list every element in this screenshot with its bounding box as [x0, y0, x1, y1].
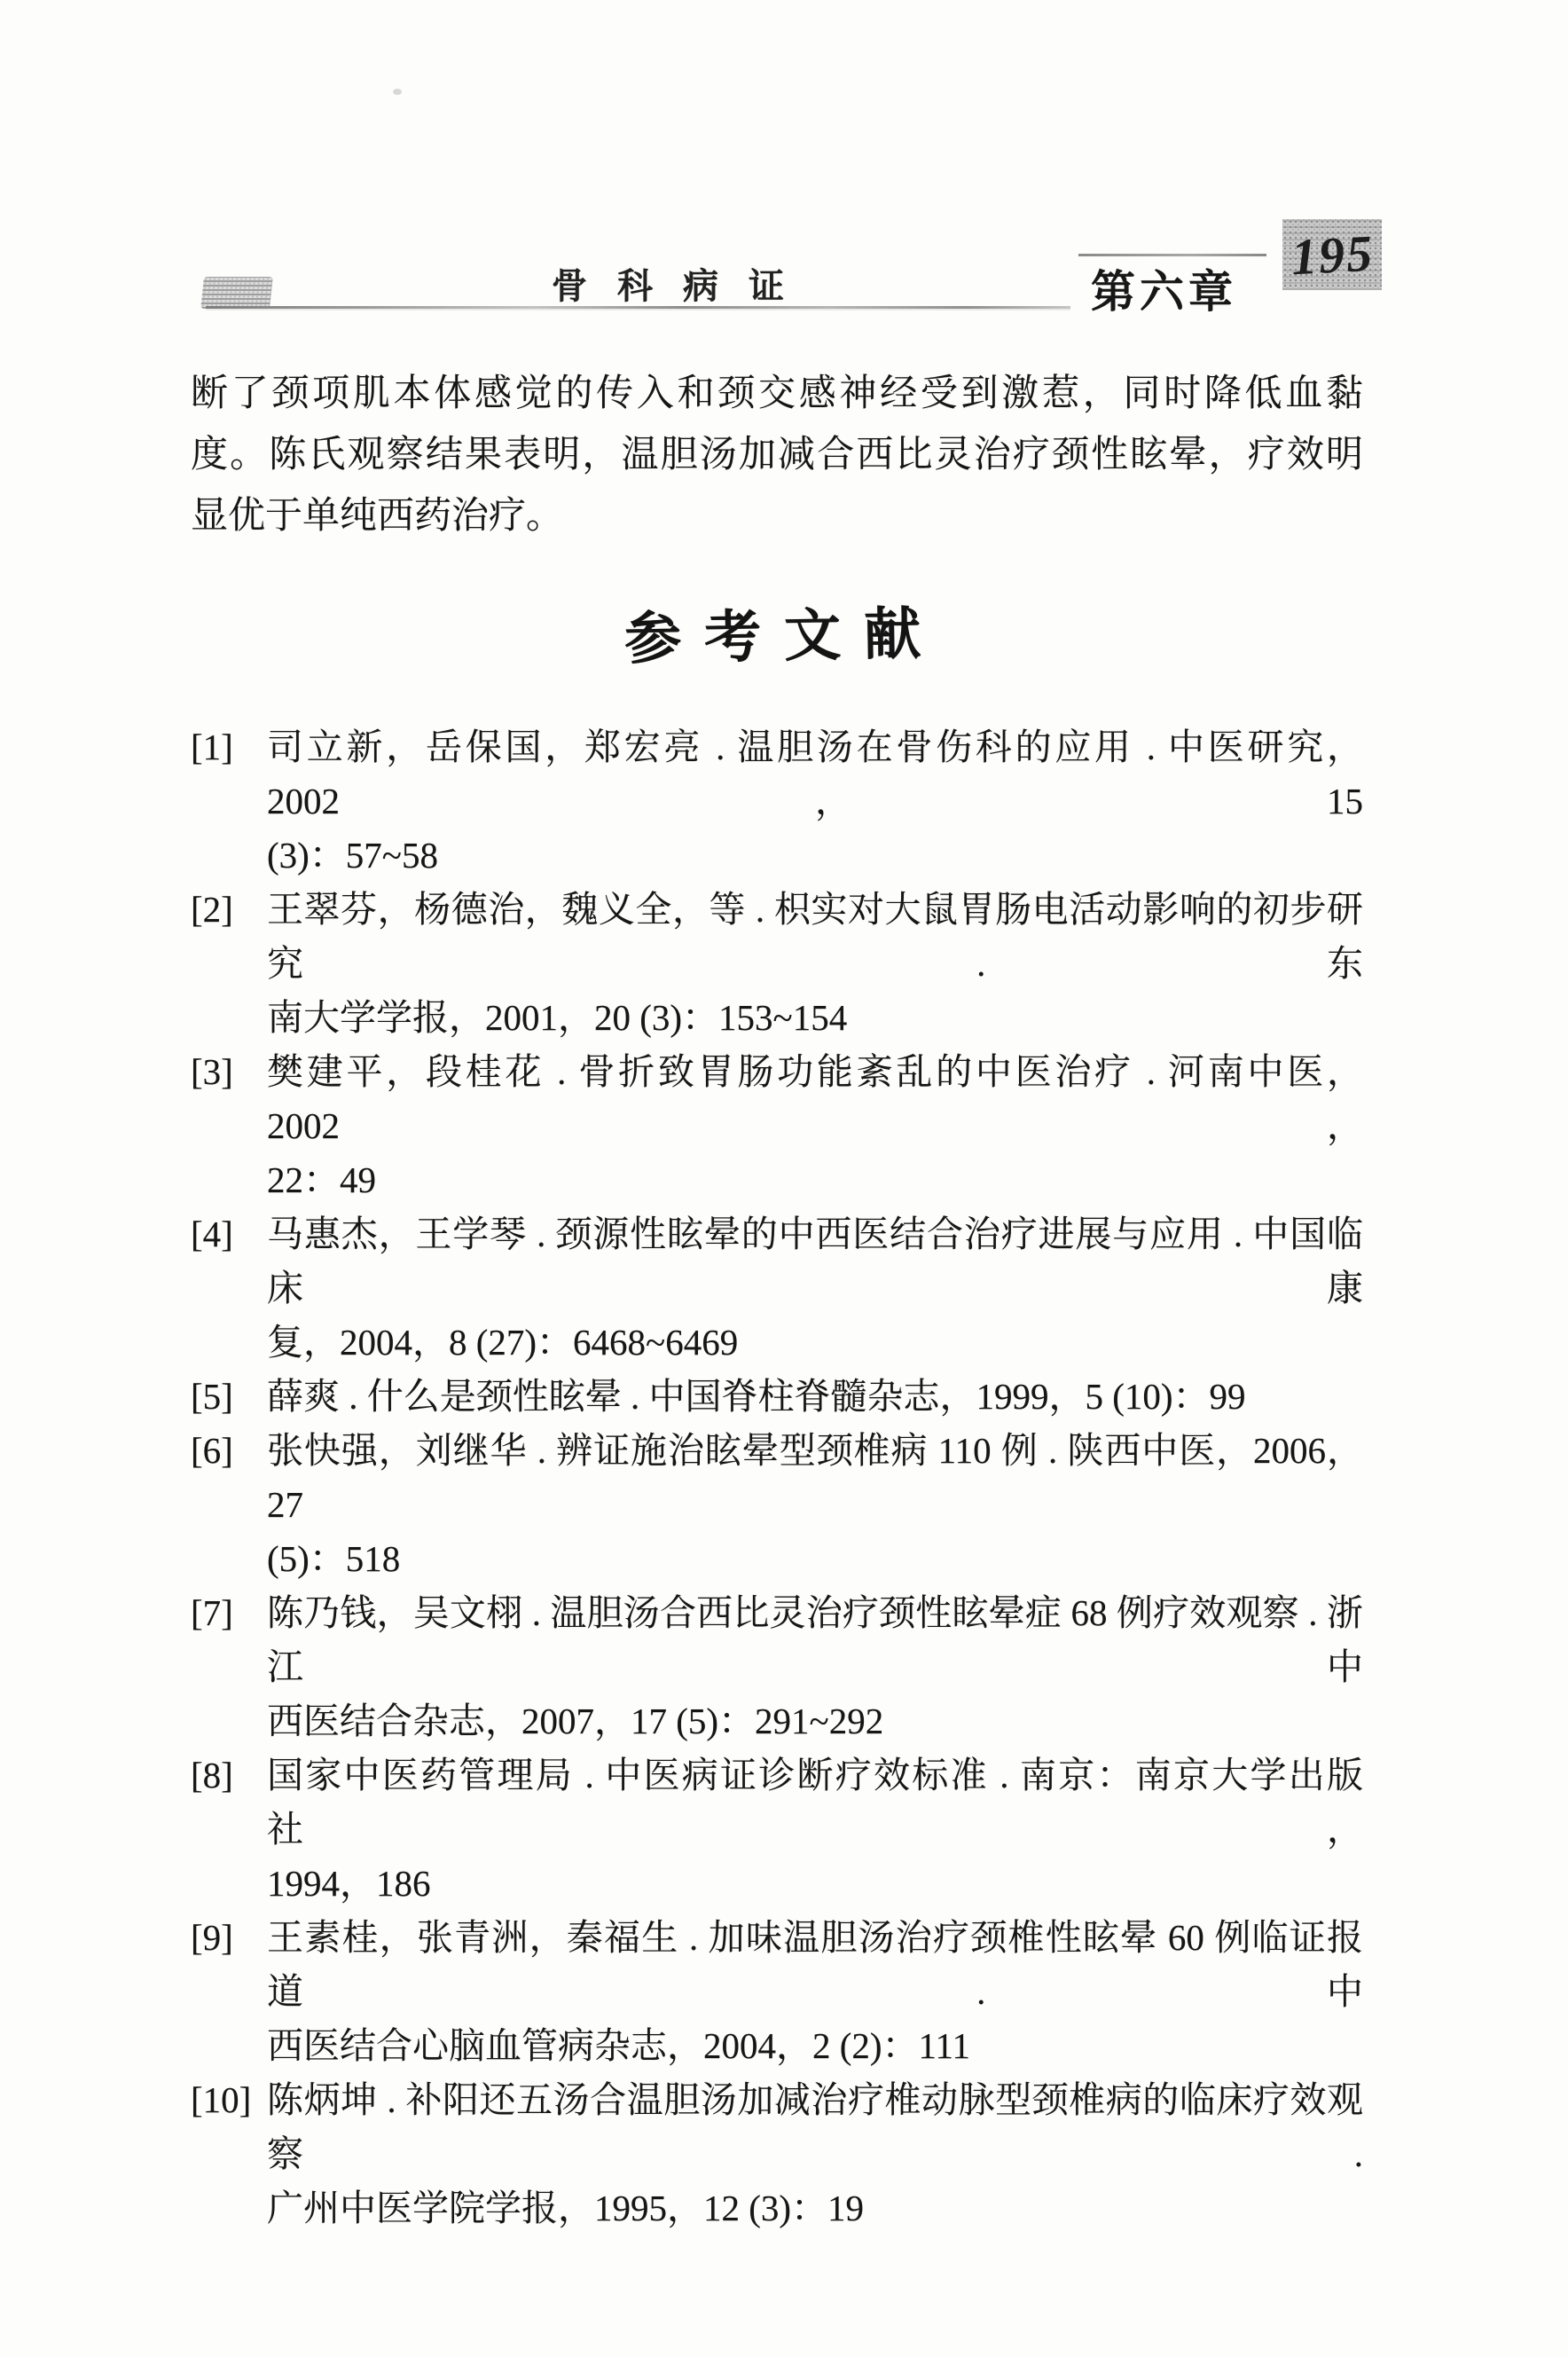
reference-line: (5)：518	[267, 1532, 1363, 1586]
reference-entry: [1] 司立新，岳保国，郑宏亮 . 温胆汤在骨伤科的应用 . 中医研究，2002…	[191, 720, 1363, 883]
paragraph-line: 度。陈氏观察结果表明，温胆汤加减合西比灵治疗颈性眩晕，疗效明	[191, 425, 1363, 486]
reference-line: 陈乃钱，吴文栩 . 温胆汤合西比灵治疗颈性眩晕症 68 例疗效观察 . 浙江中	[267, 1586, 1363, 1694]
reference-line: 薛爽 . 什么是颈性眩晕 . 中国脊柱脊髓杂志，1999，5 (10)：99	[267, 1370, 1363, 1424]
reference-number: [7]	[191, 1586, 233, 1640]
page-number-box: 195	[1282, 219, 1382, 290]
reference-entry: [8] 国家中医药管理局 . 中医病证诊断疗效标准 . 南京：南京大学出版社， …	[191, 1748, 1363, 1911]
scan-smudge-artifact	[200, 277, 273, 309]
reference-number: [2]	[191, 883, 233, 937]
header-rule	[206, 306, 1070, 309]
body-paragraph: 断了颈项肌本体感觉的传入和颈交感神经受到激惹，同时降低血黏 度。陈氏观察结果表明…	[191, 364, 1363, 547]
reference-number: [9]	[191, 1911, 233, 1965]
reference-line: 张快强，刘继华 . 辨证施治眩晕型颈椎病 110 例 . 陕西中医，2006，2…	[267, 1424, 1363, 1532]
reference-line: 王翠芬，杨德治，魏义全，等 . 枳实对大鼠胃肠电活动影响的初步研究 . 东	[267, 883, 1363, 991]
reference-line: 陈炳坤 . 补阳还五汤合温胆汤加减治疗椎动脉型颈椎病的临床疗效观察 .	[267, 2073, 1363, 2181]
reference-entry: [4] 马惠杰，王学琴 . 颈源性眩晕的中西医结合治疗进展与应用 . 中国临床康…	[191, 1207, 1363, 1370]
reference-line: 国家中医药管理局 . 中医病证诊断疗效标准 . 南京：南京大学出版社，	[267, 1748, 1363, 1857]
page-number: 195	[1290, 223, 1375, 287]
reference-line: 西医结合心脑血管病杂志，2004，2 (2)：111	[267, 2019, 1363, 2073]
reference-line: 西医结合杂志，2007，17 (5)：291~292	[267, 1694, 1363, 1748]
running-head-title: 骨科病证	[552, 258, 814, 309]
reference-number: [3]	[191, 1045, 233, 1099]
paragraph-line: 断了颈项肌本体感觉的传入和颈交感神经受到激惹，同时降低血黏	[191, 364, 1363, 425]
reference-line: 王素桂，张青洲，秦福生 . 加味温胆汤治疗颈椎性眩晕 60 例临证报道 . 中	[267, 1911, 1363, 2019]
reference-entry: [7] 陈乃钱，吴文栩 . 温胆汤合西比灵治疗颈性眩晕症 68 例疗效观察 . …	[191, 1586, 1363, 1748]
reference-number: [6]	[191, 1424, 233, 1478]
reference-number: [5]	[191, 1370, 233, 1424]
references-heading: 参考文献	[0, 577, 1568, 687]
reference-line: 马惠杰，王学琴 . 颈源性眩晕的中西医结合治疗进展与应用 . 中国临床康	[267, 1207, 1363, 1316]
reference-line: (3)：57~58	[267, 829, 1363, 883]
reference-line: 1994，186	[267, 1857, 1363, 1911]
reference-number: [10]	[191, 2073, 251, 2127]
reference-line: 广州中医学院学报，1995，12 (3)：19	[267, 2181, 1363, 2235]
reference-line: 22：49	[267, 1153, 1363, 1207]
book-page: 骨科病证 第六章 195 断了颈项肌本体感觉的传入和颈交感神经受到激惹，同时降低…	[0, 0, 1568, 2357]
reference-entry: [10] 陈炳坤 . 补阳还五汤合温胆汤加减治疗椎动脉型颈椎病的临床疗效观察 .…	[191, 2073, 1363, 2235]
reference-line: 司立新，岳保国，郑宏亮 . 温胆汤在骨伤科的应用 . 中医研究，2002，15	[267, 720, 1363, 829]
reference-entry: [2] 王翠芬，杨德治，魏义全，等 . 枳实对大鼠胃肠电活动影响的初步研究 . …	[191, 883, 1363, 1045]
reference-entry: [3] 樊建平，段桂花 . 骨折致胃肠功能紊乱的中医治疗 . 河南中医，2002…	[191, 1045, 1363, 1207]
reference-line: 樊建平，段桂花 . 骨折致胃肠功能紊乱的中医治疗 . 河南中医，2002，	[267, 1045, 1363, 1153]
references-list: [1] 司立新，岳保国，郑宏亮 . 温胆汤在骨伤科的应用 . 中医研究，2002…	[191, 720, 1363, 2235]
reference-number: [1]	[191, 720, 233, 774]
scan-speck	[393, 89, 402, 95]
chapter-label: 第六章	[1091, 256, 1237, 320]
reference-number: [4]	[191, 1207, 233, 1261]
reference-entry: [6] 张快强，刘继华 . 辨证施治眩晕型颈椎病 110 例 . 陕西中医，20…	[191, 1424, 1363, 1586]
reference-entry: [9] 王素桂，张青洲，秦福生 . 加味温胆汤治疗颈椎性眩晕 60 例临证报道 …	[191, 1911, 1363, 2073]
paragraph-line: 显优于单纯西药治疗。	[191, 486, 1363, 547]
reference-line: 复，2004，8 (27)：6468~6469	[267, 1316, 1363, 1370]
reference-entry: [5] 薛爽 . 什么是颈性眩晕 . 中国脊柱脊髓杂志，1999，5 (10)：…	[191, 1370, 1363, 1424]
reference-number: [8]	[191, 1748, 233, 1803]
reference-line: 南大学学报，2001，20 (3)：153~154	[267, 991, 1363, 1045]
